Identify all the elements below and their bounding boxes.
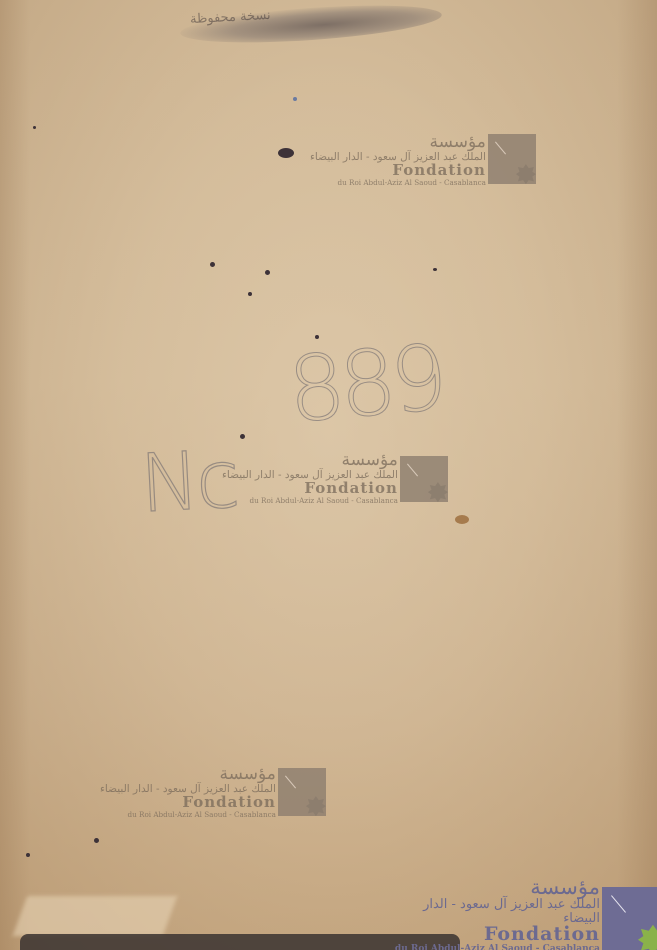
octagram-logo-icon	[488, 134, 536, 186]
watermark-subtitle: du Roi Abdul-Aziz Al Saoud - Casablanca	[310, 179, 486, 187]
watermark-subtitle: du Roi Abdul-Aziz Al Saoud - Casablanca	[392, 945, 600, 950]
ink-spot	[210, 262, 215, 267]
ink-spot	[455, 515, 469, 524]
ink-spot	[278, 148, 294, 158]
watermark-bottom-right: مؤسسة الملك عبد العزيز آل سعود - الدار ا…	[392, 876, 657, 950]
page-edge-right	[617, 0, 657, 950]
watermark-middle: مؤسسة الملك عبد العزيز آل سعود - الدار ا…	[222, 452, 448, 504]
watermark-arabic-title: مؤسسة	[392, 876, 600, 898]
ink-spot	[94, 838, 99, 843]
octagram-logo-icon	[400, 456, 448, 504]
watermark-subtitle: du Roi Abdul-Aziz Al Saoud - Casablanca	[100, 811, 276, 819]
octagram-logo-icon	[602, 887, 657, 950]
watermark-title: Fondation	[310, 163, 486, 179]
ink-spot	[240, 434, 245, 439]
watermark-arabic-title: مؤسسة	[100, 766, 276, 784]
watermark-top: مؤسسة الملك عبد العزيز آل سعود - الدار ا…	[310, 134, 536, 186]
watermark-title: Fondation	[100, 795, 276, 811]
page-edge-left	[0, 0, 30, 950]
pencil-shelfmark-number: 889	[284, 325, 446, 443]
watermark-lower-left: مؤسسة الملك عبد العزيز آل سعود - الدار ا…	[100, 766, 326, 818]
ink-spot	[293, 97, 297, 101]
octagram-logo-icon	[278, 768, 326, 818]
watermark-title: Fondation	[392, 925, 600, 945]
watermark-arabic-title: مؤسسة	[310, 134, 486, 152]
ink-spot	[33, 126, 36, 129]
ink-spot	[265, 270, 270, 275]
ink-spot	[26, 853, 30, 857]
watermark-subtitle: du Roi Abdul-Aziz Al Saoud - Casablanca	[222, 497, 398, 505]
ink-spot	[248, 292, 252, 296]
watermark-arabic-title: مؤسسة	[222, 452, 398, 470]
watermark-title: Fondation	[222, 481, 398, 497]
water-stain	[13, 896, 178, 936]
ink-spot	[433, 268, 437, 271]
watermark-arabic-subtitle: الملك عبد العزيز آل سعود - الدار البيضاء	[392, 898, 600, 925]
